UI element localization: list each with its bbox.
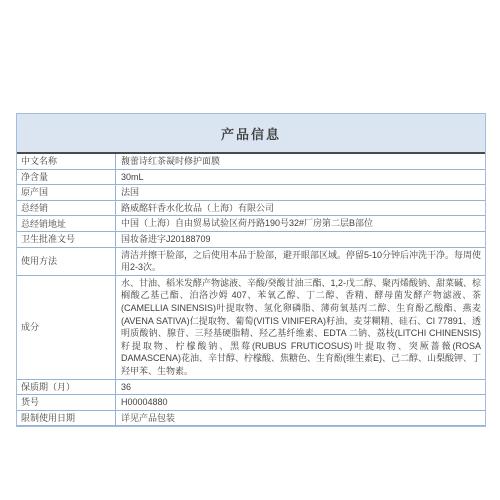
row-value: H00004880	[116, 395, 485, 410]
net-content: 30mL	[121, 171, 481, 184]
row-label: 限制使用日期	[17, 411, 116, 426]
row-label: 保质期（月）	[17, 380, 116, 395]
table-row: 卫生批准文号 国妆备进字J20188709	[17, 232, 485, 248]
table-row: 货号 H00004880	[17, 395, 485, 411]
row-value: 30mL	[116, 170, 485, 185]
distributor: 路威酩轩香水化妆品（上海）有限公司	[121, 202, 481, 215]
table-title: 产品信息	[17, 114, 485, 154]
table-row: 成分 水、甘油、稻米发酵产物滤液、辛酸/癸酸甘油三酯、1,2-戊二醇、聚丙烯酸钠…	[17, 276, 485, 380]
row-label: 总经销地址	[17, 216, 116, 231]
row-label: 净含量	[17, 170, 116, 185]
table-row: 净含量 30mL	[17, 170, 485, 186]
table-row: 使用方法 清洁并擦干脸部，之后使用本品于脸部，避开眼部区域。停留5-10分钟后冲…	[17, 248, 485, 276]
row-value: 馥蕾诗红茶凝时修护面膜	[116, 154, 485, 169]
expiry-date-note: 详见产品包装	[121, 412, 481, 425]
product-info-table: 产品信息 中文名称 馥蕾诗红茶凝时修护面膜 净含量 30mL 原产国 法国 总经…	[16, 113, 486, 427]
row-label: 货号	[17, 395, 116, 410]
ingredients-list: 水、甘油、稻米发酵产物滤液、辛酸/癸酸甘油三酯、1,2-戊二醇、聚丙烯酸钠、甜菜…	[121, 277, 481, 378]
usage-instructions: 清洁并擦干脸部，之后使用本品于脸部，避开眼部区域。停留5-10分钟后冲洗干净。每…	[121, 249, 481, 274]
row-label: 卫生批准文号	[17, 232, 116, 247]
row-label: 总经销	[17, 201, 116, 216]
row-value: 法国	[116, 185, 485, 200]
product-info-page: 产品信息 中文名称 馥蕾诗红茶凝时修护面膜 净含量 30mL 原产国 法国 总经…	[0, 0, 500, 500]
row-value: 详见产品包装	[116, 411, 485, 426]
row-label: 成分	[17, 276, 116, 379]
row-label: 原产国	[17, 185, 116, 200]
row-value: 清洁并擦干脸部，之后使用本品于脸部，避开眼部区域。停留5-10分钟后冲洗干净。每…	[116, 248, 485, 275]
row-value: 国妆备进字J20188709	[116, 232, 485, 247]
hygiene-license-number: 国妆备进字J20188709	[121, 233, 481, 246]
product-name-cn: 馥蕾诗红茶凝时修护面膜	[121, 155, 481, 168]
table-row: 总经销地址 中国（上海）自由贸易试验区荷丹路190号32#厂房第二层B部位	[17, 216, 485, 232]
distributor-address: 中国（上海）自由贸易试验区荷丹路190号32#厂房第二层B部位	[121, 217, 481, 230]
table-row: 保质期（月） 36	[17, 380, 485, 396]
table-row: 限制使用日期 详见产品包装	[17, 411, 485, 427]
country-of-origin: 法国	[121, 186, 481, 199]
row-value: 36	[116, 380, 485, 395]
row-value: 中国（上海）自由贸易试验区荷丹路190号32#厂房第二层B部位	[116, 216, 485, 231]
shelf-life-months: 36	[121, 381, 481, 394]
table-row: 中文名称 馥蕾诗红茶凝时修护面膜	[17, 154, 485, 170]
row-label: 中文名称	[17, 154, 116, 169]
row-value: 水、甘油、稻米发酵产物滤液、辛酸/癸酸甘油三酯、1,2-戊二醇、聚丙烯酸钠、甜菜…	[116, 276, 485, 379]
table-row: 总经销 路威酩轩香水化妆品（上海）有限公司	[17, 201, 485, 217]
table-row: 原产国 法国	[17, 185, 485, 201]
row-value: 路威酩轩香水化妆品（上海）有限公司	[116, 201, 485, 216]
item-number: H00004880	[121, 396, 481, 409]
row-label: 使用方法	[17, 248, 116, 275]
